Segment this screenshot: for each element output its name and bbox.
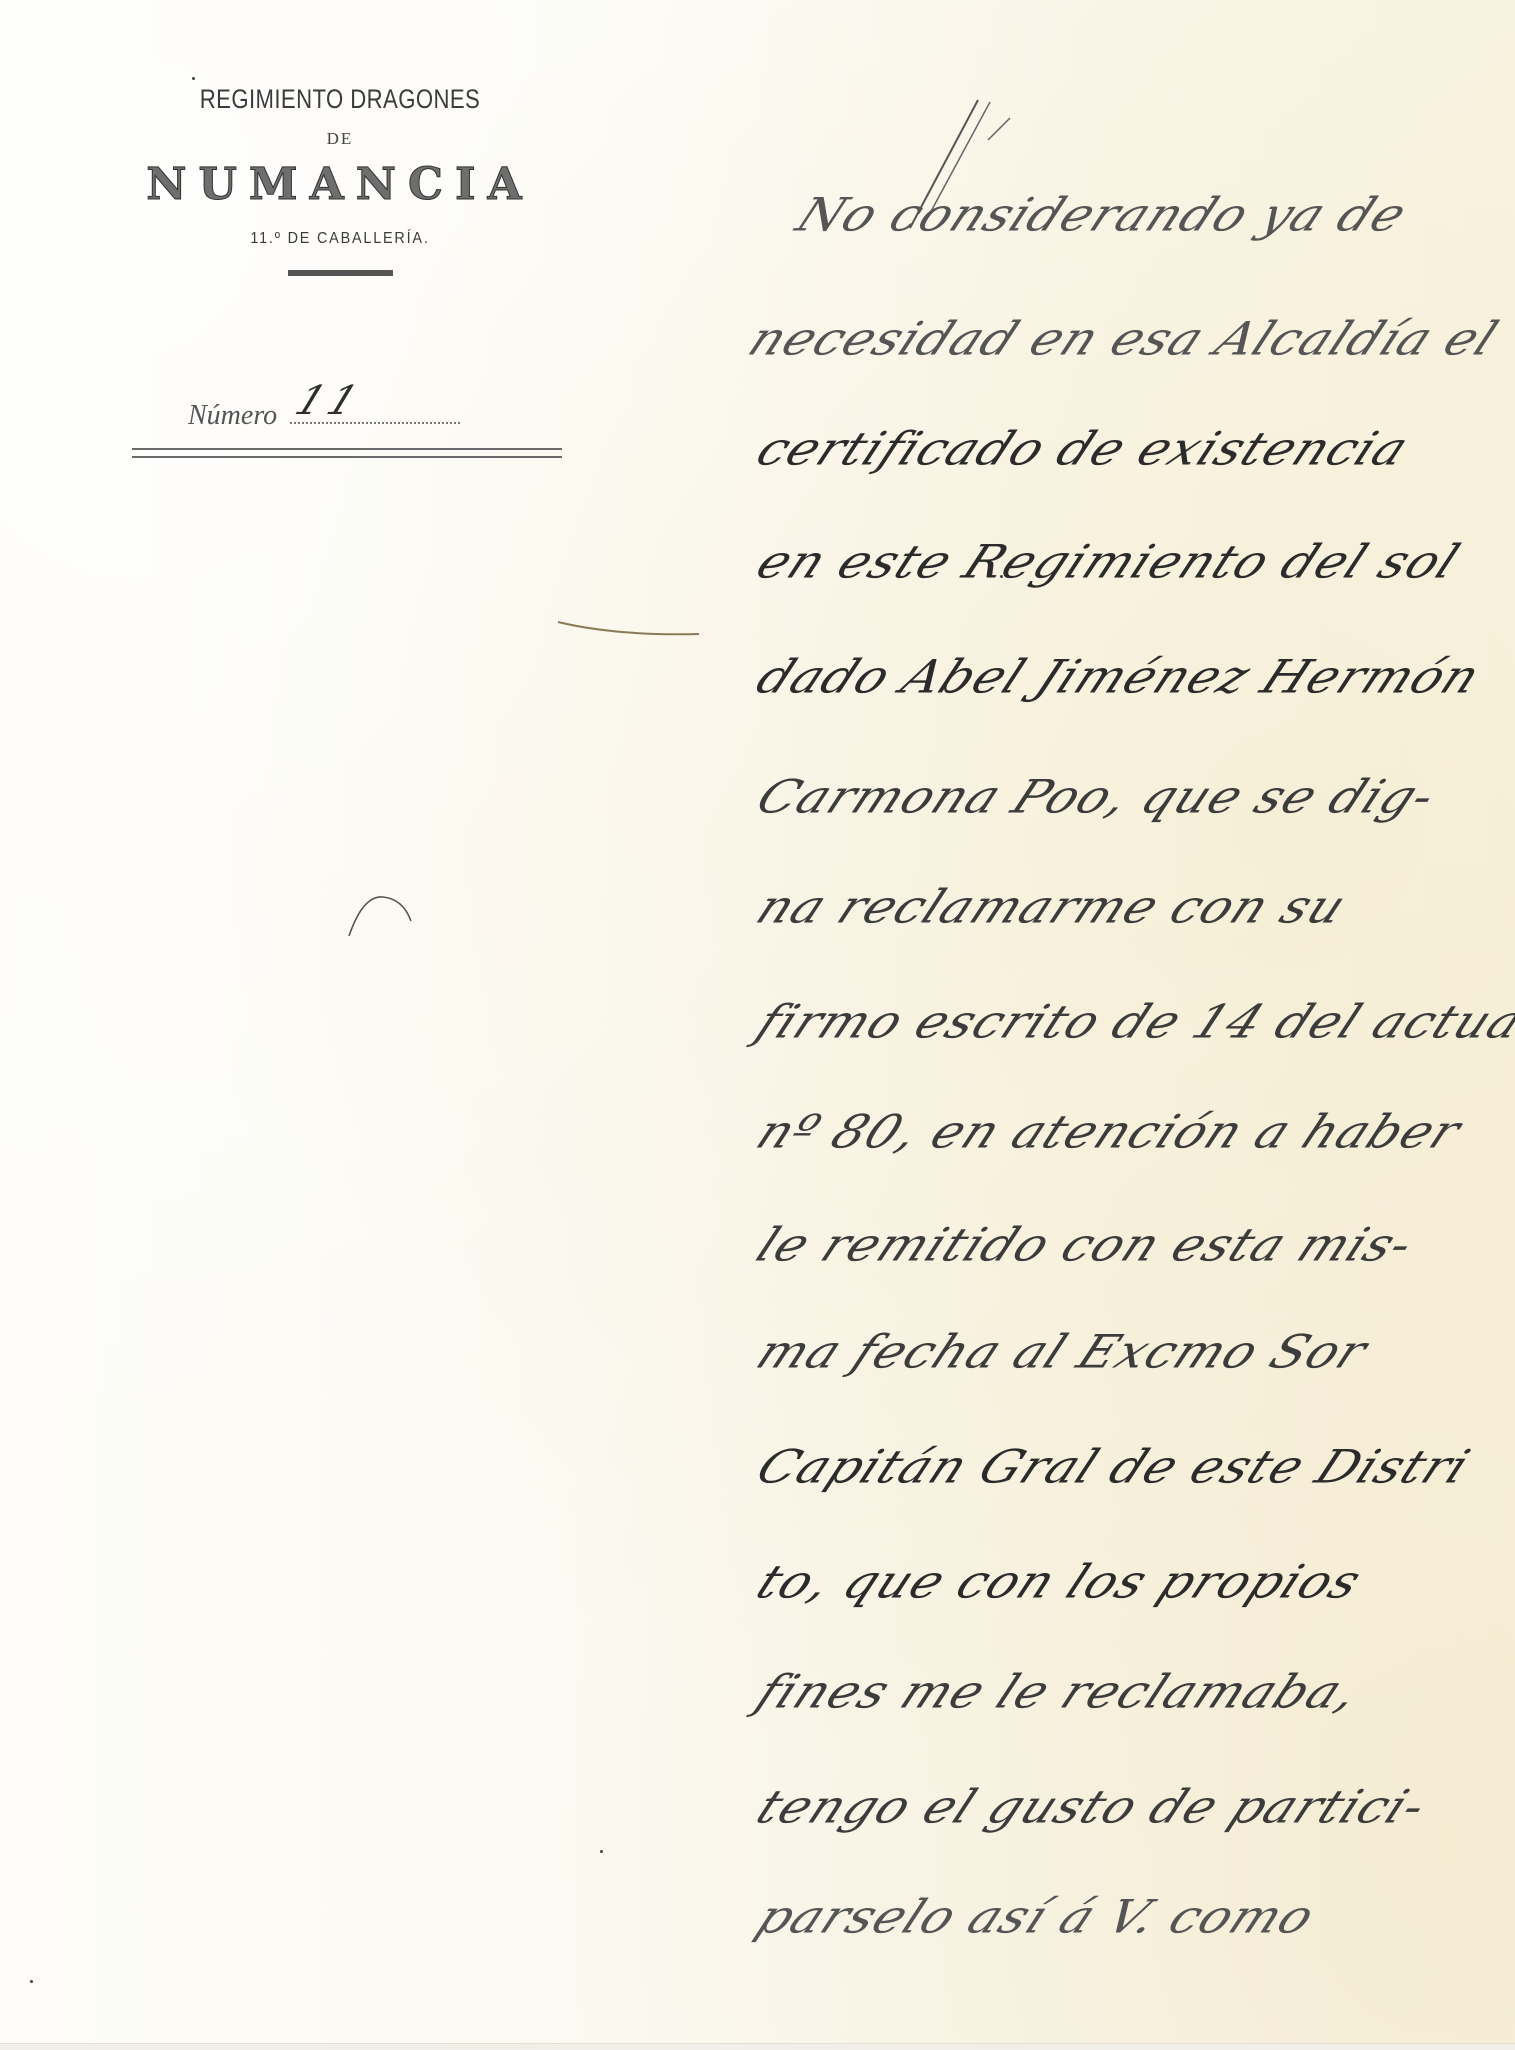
letter-line: en este Regimiento del sol xyxy=(750,539,1467,585)
letter-line: fines me le reclamaba, xyxy=(750,1669,1367,1715)
numero-dotted-line: 11 xyxy=(290,402,460,424)
handwritten-letter: No considerando ya de necesidad en esa A… xyxy=(720,0,1510,2050)
page-bottom-edge xyxy=(0,2043,1515,2050)
letter-line: na reclamarme con su xyxy=(750,884,1354,930)
letter-line: parselo así á V. como xyxy=(750,1894,1322,1940)
paper-speck xyxy=(600,1850,603,1853)
letter-line: ma fecha al Excmo Sor xyxy=(750,1329,1375,1375)
double-rule-divider xyxy=(132,448,562,458)
letter-line: le remitido con esta mis- xyxy=(750,1222,1421,1268)
paper-speck xyxy=(30,1980,33,1983)
letter-line: tengo el gusto de partici- xyxy=(750,1784,1434,1830)
letter-line: No considerando ya de xyxy=(790,192,1414,238)
letterhead-numancia: NUMANCIA xyxy=(100,159,580,210)
letter-line: Carmona Poo, que se dig- xyxy=(750,774,1443,820)
numero-field: Número 11 xyxy=(188,400,460,432)
paper-speck xyxy=(192,77,195,80)
letter-line: Capitán Gral de este Distri xyxy=(750,1444,1477,1490)
letter-line: firmo escrito de 14 del actual xyxy=(750,999,1515,1045)
letterhead-de: DE xyxy=(100,129,580,149)
letterhead-cavalry: 11.º DE CABALLERÍA. xyxy=(124,230,556,248)
letterhead: REGIMIENTO DRAGONES DE NUMANCIA 11.º DE … xyxy=(100,80,580,276)
letterhead-regiment: REGIMIENTO DRAGONES xyxy=(143,84,537,115)
letter-line: nº 80, en atención a haber xyxy=(750,1109,1468,1155)
letter-line: to, que con los propios xyxy=(750,1559,1369,1605)
stray-arc-mark-icon xyxy=(345,893,415,938)
letterhead-rule xyxy=(288,270,393,276)
letter-line: necesidad en esa Alcaldía el xyxy=(742,316,1505,362)
letter-line: certificado de existencia xyxy=(750,426,1416,472)
stray-ink-stroke-icon xyxy=(556,618,701,638)
letter-line: dado Abel Jiménez Hermón xyxy=(750,654,1488,700)
numero-label: Número xyxy=(188,400,277,431)
